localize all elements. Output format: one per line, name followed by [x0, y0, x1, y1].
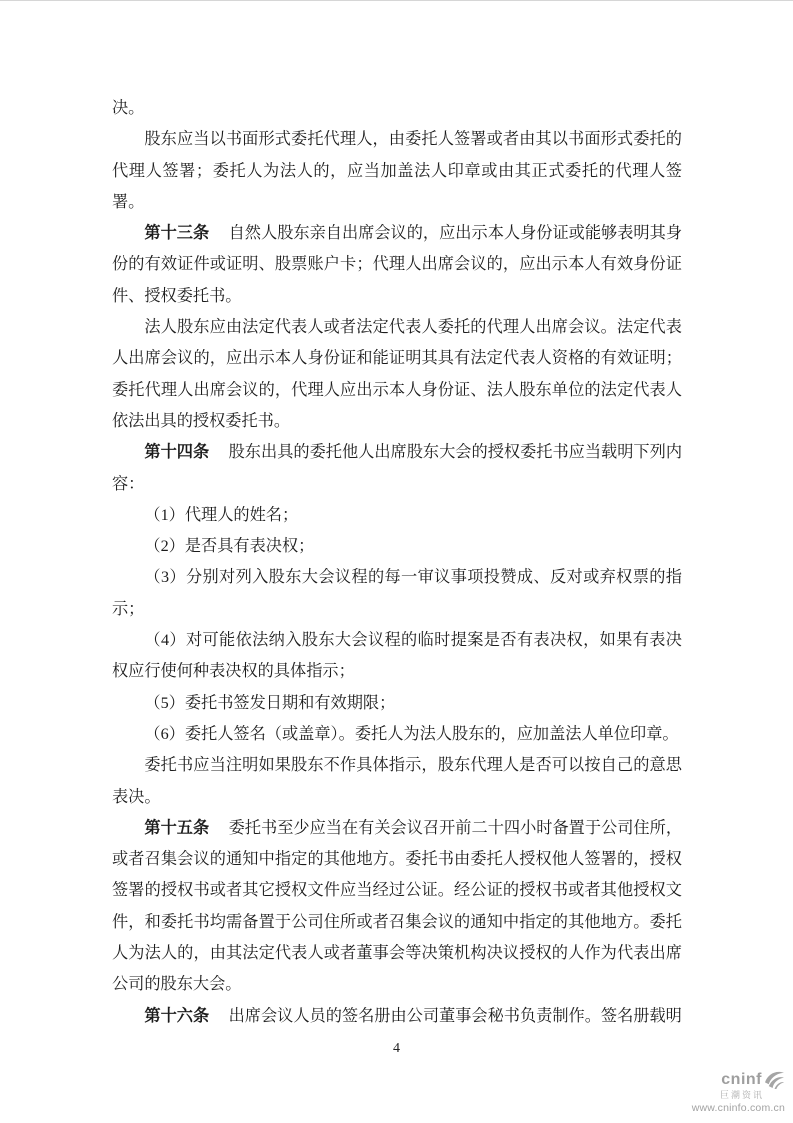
article-number: 第十四条 — [144, 443, 209, 461]
paragraph-text: 出席会议人员的签名册由公司董事会秘书负责制作。签名册载明 — [229, 1007, 682, 1025]
paragraph-text: （1）代理人的姓名； — [144, 506, 298, 524]
document-body: 决。股东应当以书面形式委托代理人，由委托人签署或者由其以书面形式委托的代理人签署… — [112, 93, 682, 1032]
page-number: 4 — [0, 1041, 793, 1057]
body-paragraph: 决。 — [112, 93, 682, 124]
article-paragraph: 第十四条股东出具的委托他人出席股东大会的授权委托书应当载明下列内容： — [112, 437, 682, 500]
body-paragraph: （5）委托书签发日期和有效期限； — [112, 688, 682, 719]
paragraph-text: （4）对可能依法纳入股东大会议程的临时提案是否有表决权，如果有表决权应行使何种表… — [112, 631, 682, 680]
paragraph-text: （6）委托人签名（或盖章）。委托人为法人股东的，应加盖法人单位印章。 — [144, 725, 678, 743]
cninfo-swirl-icon — [764, 1070, 785, 1089]
paragraph-text: （5）委托书签发日期和有效期限； — [144, 694, 395, 712]
body-paragraph: （3）分别对列入股东大会议程的每一审议事项投赞成、反对或弃权票的指示； — [112, 562, 682, 625]
cninfo-brand-row: cninf — [692, 1070, 785, 1089]
paragraph-text: 股东应当以书面形式委托代理人，由委托人签署或者由其以书面形式委托的代理人签署；委… — [112, 130, 682, 211]
body-paragraph: （2）是否具有表决权； — [112, 531, 682, 562]
article-paragraph: 第十三条自然人股东亲自出席会议的，应出示本人身份证或能够表明其身份的有效证件或证… — [112, 218, 682, 312]
paragraph-text: 委托书至少应当在有关会议召开前二十四小时备置于公司住所，或者召集会议的通知中指定… — [112, 819, 682, 993]
cninfo-url: www.cninfo.com.cn — [692, 1103, 785, 1114]
paragraph-text: （2）是否具有表决权； — [144, 537, 314, 555]
cninfo-brand-text: cninf — [721, 1072, 762, 1088]
article-number: 第十三条 — [144, 224, 209, 242]
cninfo-watermark: cninf 巨潮资讯 www.cninfo.com.cn — [692, 1070, 785, 1114]
body-paragraph: （1）代理人的姓名； — [112, 500, 682, 531]
body-paragraph: 股东应当以书面形式委托代理人，由委托人签署或者由其以书面形式委托的代理人签署；委… — [112, 124, 682, 218]
paragraph-text: 决。 — [112, 99, 144, 117]
body-paragraph: 法人股东应由法定代表人或者法定代表人委托的代理人出席会议。法定代表人出席会议的，… — [112, 312, 682, 437]
paragraph-text: （3）分别对列入股东大会议程的每一审议事项投赞成、反对或弃权票的指示； — [112, 568, 682, 617]
body-paragraph: （4）对可能依法纳入股东大会议程的临时提案是否有表决权，如果有表决权应行使何种表… — [112, 625, 682, 688]
article-number: 第十五条 — [144, 819, 209, 837]
paragraph-text: 法人股东应由法定代表人或者法定代表人委托的代理人出席会议。法定代表人出席会议的，… — [112, 318, 682, 430]
body-paragraph: 委托书应当注明如果股东不作具体指示，股东代理人是否可以按自己的意思表决。 — [112, 750, 682, 813]
article-number: 第十六条 — [144, 1007, 209, 1025]
article-paragraph: 第十五条委托书至少应当在有关会议召开前二十四小时备置于公司住所，或者召集会议的通… — [112, 813, 682, 1001]
cninfo-chinese-name: 巨潮资讯 — [692, 1091, 764, 1100]
document-page: 决。股东应当以书面形式委托代理人，由委托人签署或者由其以书面形式委托的代理人签署… — [0, 0, 793, 1123]
paragraph-text: 委托书应当注明如果股东不作具体指示，股东代理人是否可以按自己的意思表决。 — [112, 756, 682, 805]
article-paragraph: 第十六条出席会议人员的签名册由公司董事会秘书负责制作。签名册载明 — [112, 1001, 682, 1032]
body-paragraph: （6）委托人签名（或盖章）。委托人为法人股东的，应加盖法人单位印章。 — [112, 719, 682, 750]
